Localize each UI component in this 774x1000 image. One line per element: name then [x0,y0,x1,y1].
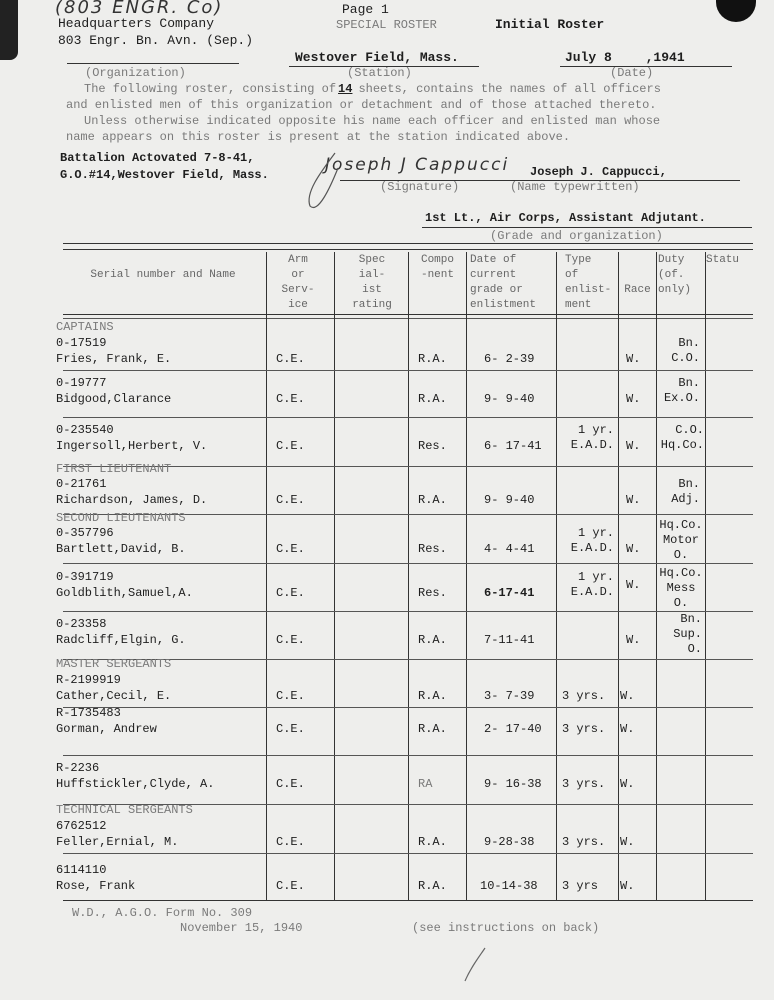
ink-blot [716,0,756,22]
grade-underline [422,227,752,228]
duty: C.O. Hq.Co. [658,423,704,453]
scan-edge-artifact [0,0,18,60]
member-name: Richardson, James, D. [56,493,207,508]
intro-line1-pre: The following roster, consisting of [84,82,336,96]
col-header-race: Race [620,283,655,298]
activation-line1: Battalion Actovated 7-8-41, [60,151,254,165]
duty: Hq.Co. Mess O. [658,566,704,611]
form-type: SPECIAL ROSTER [336,18,437,32]
group-label: TECHNICAL SERGEANTS [56,803,193,818]
date-caption: (Date) [610,66,653,80]
duty: Bn. Ex.O. [660,376,700,406]
date-value: July 8 ,1941 [565,50,685,65]
component: Res. [418,586,447,601]
race: W. [626,439,640,454]
station-caption: (Station) [347,66,412,80]
organization-caption: (Organization) [85,66,186,80]
form-date: November 15, 1940 [180,921,302,935]
row-separator [63,417,753,418]
col-header-date: Date of current grade or enlistment [470,253,556,313]
form-number: W.D., A.G.O. Form No. 309 [72,906,252,920]
duty: Bn. Adj. [662,477,700,507]
grade-date: 2- 17-40 [484,722,542,737]
arm-service: C.E. [276,493,305,508]
member-name: Bidgood,Clarance [56,392,171,407]
station-value: Westover Field, Mass. [295,50,459,65]
serial-number: 6114110 [56,863,106,878]
race: W. [626,633,640,648]
grade-date: 9- 9-40 [484,392,534,407]
date-year: ,1941 [646,50,685,65]
arm-service: C.E. [276,586,305,601]
grade-date: 6- 17-41 [484,439,542,454]
date-month-day: July 8 [565,50,612,65]
row-separator [63,563,753,564]
serial-number: 6762512 [56,819,106,834]
arm-service: C.E. [276,777,305,792]
member-name: Cather,Cecil, E. [56,689,171,704]
col-divider [334,252,335,900]
grade-date: 9- 9-40 [484,493,534,508]
grade-date: 9-28-38 [484,835,534,850]
race: W. [620,835,634,850]
member-name: Fries, Frank, E. [56,352,171,367]
enlistment-type: 3 yrs. [562,689,605,704]
component: R.A. [418,352,447,367]
grade-date: 10-14-38 [480,879,538,894]
race: W. [620,777,634,792]
race: W. [626,542,640,557]
col-divider [705,252,706,900]
group-label: SECOND LIEUTENANTS [56,511,186,526]
group-label: FIRST LIEUTENANT [56,462,171,477]
serial-number: 0-235540 [56,423,114,438]
arm-service: C.E. [276,439,305,454]
organization-line2: 803 Engr. Bn. Avn. (Sep.) [58,33,253,48]
signature-caption: (Signature) [380,180,459,194]
arm-service: C.E. [276,352,305,367]
race: W. [620,879,634,894]
row-separator [63,611,753,612]
intro-line1-post: sheets, contains the names of all office… [358,82,660,96]
activation-line2: G.O.#14,Westover Field, Mass. [60,168,269,182]
col-divider [618,252,619,900]
arm-service: C.E. [276,542,305,557]
member-name: Feller,Ernial, M. [56,835,178,850]
col-header-component: Compo -nent [410,253,465,283]
serial-number: R-2199919 [56,673,121,688]
serial-number: 0-19777 [56,376,106,391]
race: W. [626,352,640,367]
member-name: Ingersoll,Herbert, V. [56,439,207,454]
member-name: Huffstickler,Clyde, A. [56,777,214,792]
serial-number: 0-357796 [56,526,114,541]
duty: Bn. Sup. O. [660,612,702,657]
instructions-note: (see instructions on back) [412,921,599,935]
serial-number: R-2236 [56,761,99,776]
arm-service: C.E. [276,633,305,648]
intro-line2: and enlisted men of this organization or… [66,98,657,112]
grade-caption: (Grade and organization) [490,229,663,243]
grade-date: 3- 7-39 [484,689,534,704]
col-header-status: Statu [706,253,766,268]
component: R.A. [418,633,447,648]
table-top-rule [63,243,753,244]
race: W. [620,722,634,737]
component: RA [418,777,432,792]
serial-number: 0-391719 [56,570,114,585]
col-divider [656,252,657,900]
grade-organization: 1st Lt., Air Corps, Assistant Adjutant. [425,211,706,225]
component: Res. [418,439,447,454]
col-divider [266,252,267,900]
enlistment-type: 3 yrs [562,879,598,894]
enlistment-type: 1 yr. E.A.D. [562,423,614,453]
arm-service: C.E. [276,392,305,407]
row-separator [63,370,753,371]
serial-number: 0-17519 [56,336,106,351]
col-header-name: Serial number and Name [63,268,263,283]
arm-service: C.E. [276,879,305,894]
member-name: Radcliff,Elgin, G. [56,633,186,648]
group-label: CAPTAINS [56,320,114,335]
member-name: Rose, Frank [56,879,135,894]
intro-line1: The following roster, consisting of14she… [84,82,661,96]
component: R.A. [418,879,447,894]
serial-number: R-1735483 [56,706,121,721]
race: W. [626,493,640,508]
enlistment-type: 1 yr. E.A.D. [562,526,614,556]
name-caption: (Name typewritten) [510,180,640,194]
intro-line4: name appears on this roster is present a… [66,130,570,144]
pen-mark [455,945,495,985]
grade-date: 6-17-41 [484,586,534,601]
page-indicator: Page 1 [342,2,389,17]
race: W. [626,578,640,593]
sheet-count: 14 [336,82,358,96]
row-separator [63,853,753,854]
col-divider [408,252,409,900]
enlistment-type: 3 yrs. [562,777,605,792]
component: R.A. [418,392,447,407]
arm-service: C.E. [276,689,305,704]
component: R.A. [418,493,447,508]
arm-service: C.E. [276,835,305,850]
roster-type: Initial Roster [495,17,604,32]
component: R.A. [418,835,447,850]
grade-date: 6- 2-39 [484,352,534,367]
col-divider [466,252,467,900]
intro-line3: Unless otherwise indicated opposite his … [84,114,660,128]
member-name: Goldblith,Samuel,A. [56,586,193,601]
table-top-rule-2 [63,249,753,250]
component: R.A. [418,689,447,704]
member-name: Gorman, Andrew [56,722,157,737]
organization-line1: Headquarters Company [58,16,214,31]
race: W. [626,392,640,407]
row-separator [63,755,753,756]
serial-number: 0-21761 [56,477,106,492]
arm-service: C.E. [276,722,305,737]
component: Res. [418,542,447,557]
member-name: Bartlett,David, B. [56,542,186,557]
enlistment-type: 3 yrs. [562,722,605,737]
typed-name: Joseph J. Cappucci, [530,165,667,179]
table-bottom-rule [63,900,753,901]
col-divider [556,252,557,900]
duty: Hq.Co. Motor O. [658,518,704,563]
enlistment-type: 1 yr. E.A.D. [562,570,614,600]
group-label: MASTER SERGEANTS [56,657,171,672]
component: R.A. [418,722,447,737]
col-header-duty: Duty (of. only) [658,253,702,298]
serial-number: 0-23358 [56,617,106,632]
col-header-specialist: Spec ial- ist rating [338,253,406,313]
grade-date: 4- 4-41 [484,542,534,557]
page-label: Page [342,2,373,17]
page-number: 1 [381,2,389,17]
organization-underline [67,63,239,64]
col-header-type: Type of enlist- ment [565,253,623,313]
row-separator [63,707,753,708]
enlistment-type: 3 yrs. [562,835,605,850]
duty: Bn. C.O. [662,336,700,366]
grade-date: 7-11-41 [484,633,534,648]
race: W. [620,689,634,704]
col-header-arm: Arm or Serv- ice [268,253,328,313]
grade-date: 9- 16-38 [484,777,542,792]
